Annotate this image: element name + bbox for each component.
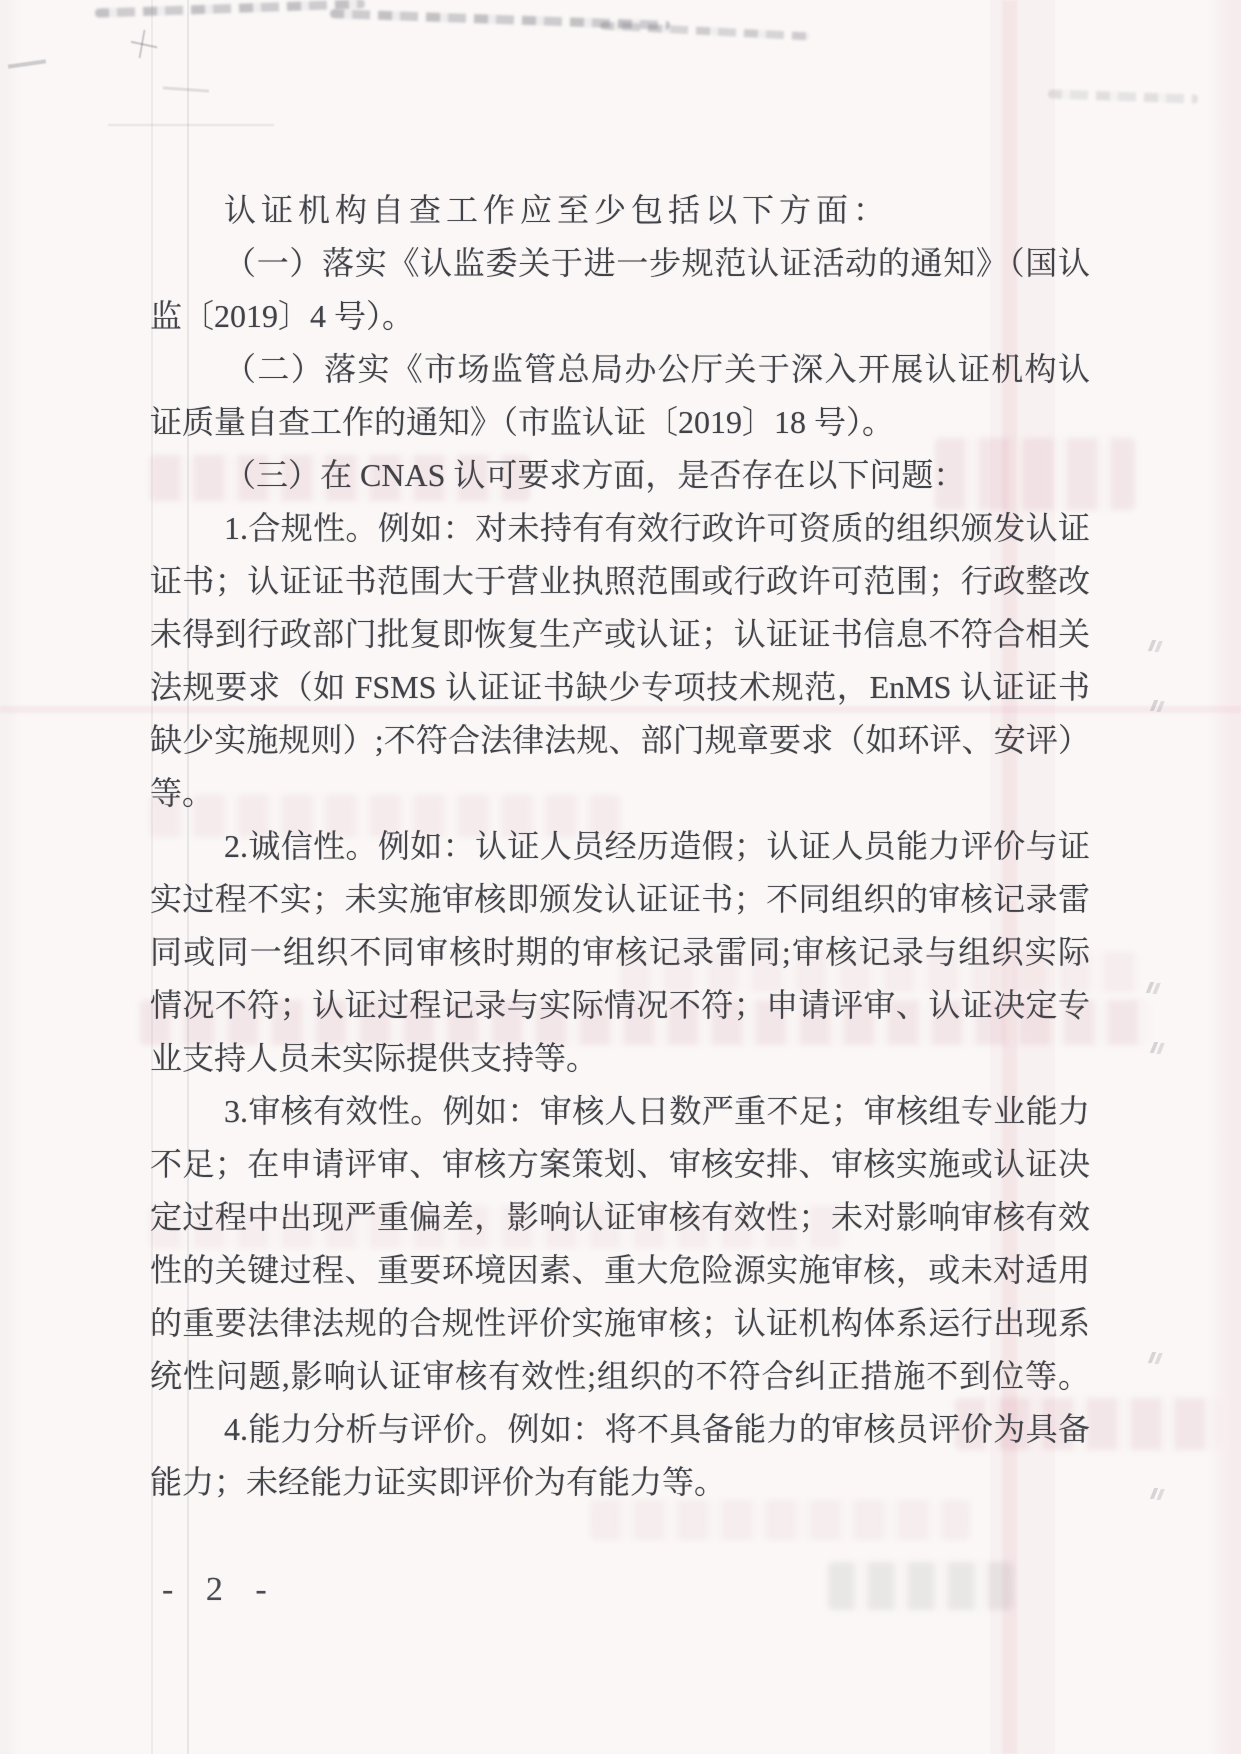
text-line: 等。: [150, 767, 1090, 820]
text-line: 证书；认证证书范围大于营业执照范围或行政许可范围；行政整改: [150, 555, 1090, 608]
text-line: 不足；在申请评审、审核方案策划、审核安排、审核实施或认证决: [150, 1138, 1090, 1191]
scan-smudge: [1048, 89, 1198, 103]
document-body: 认证机构自查工作应至少包括以下方面： （一）落实《认监委关于进一步规范认证活动的…: [150, 184, 1090, 1509]
text-line: 统性问题,影响认证审核有效性;组织的不符合纠正措施不到位等。: [150, 1350, 1090, 1403]
text-line: 定过程中出现严重偏差，影响认证审核有效性；未对影响审核有效: [150, 1191, 1090, 1244]
text-line: 同或同一组织不同审核时期的审核记录雷同;审核记录与组织实际: [150, 926, 1090, 979]
scan-smudge: [600, 22, 810, 41]
text-line: 2.诚信性。例如：认证人员经历造假；认证人员能力评价与证: [150, 820, 1090, 873]
scan-speck: [1148, 640, 1156, 651]
text-line: 1.合规性。例如：对未持有有效行政许可资质的组织颁发认证: [150, 502, 1090, 555]
text-line: 4.能力分析与评价。例如：将不具备能力的审核员评价为具备: [150, 1403, 1090, 1456]
text-line: （二）落实《市场监管总局办公厅关于深入开展认证机构认: [150, 343, 1090, 396]
bleedthrough-ghost: [828, 1562, 1013, 1610]
scan-smudge: [330, 9, 670, 30]
scan-mark: [163, 86, 209, 92]
page-number: - 2 -: [162, 1564, 279, 1616]
scan-speck: [1148, 1352, 1156, 1363]
scan-speck: [1150, 1488, 1158, 1499]
text-line: 的重要法律法规的合规性评价实施审核；认证机构体系运行出现系: [150, 1297, 1090, 1350]
text-line: 情况不符；认证过程记录与实际情况不符；申请评审、认证决定专: [150, 979, 1090, 1032]
scan-speck: [1146, 982, 1154, 993]
text-line: （三）在 CNAS 认可要求方面，是否存在以下问题：: [150, 449, 1090, 502]
scan-mark: [108, 124, 274, 126]
text-line: 证质量自查工作的通知》（市监认证〔2019〕18 号）。: [150, 396, 1090, 449]
text-line: 能力；未经能力证实即评价为有能力等。: [150, 1456, 1090, 1509]
scan-smudge: [95, 0, 365, 18]
scan-speck: [1150, 1042, 1158, 1053]
text-line: 认证机构自查工作应至少包括以下方面：: [150, 184, 1090, 237]
text-line: 实过程不实；未实施审核即颁发认证证书；不同组织的审核记录雷: [150, 873, 1090, 926]
scan-mark: [8, 59, 46, 68]
text-line: 未得到行政部门批复即恢复生产或认证；认证证书信息不符合相关: [150, 608, 1090, 661]
text-line: 缺少实施规则）;不符合法律法规、部门规章要求（如环评、安评）: [150, 714, 1090, 767]
scan-speck: [1150, 700, 1158, 711]
text-line: 性的关键过程、重要环境因素、重大危险源实施审核，或未对适用: [150, 1244, 1090, 1297]
text-line: 业支持人员未实际提供支持等。: [150, 1032, 1090, 1085]
scan-mark: [131, 30, 157, 58]
text-line: 法规要求（如 FSMS 认证证书缺少专项技术规范，EnMS 认证证书: [150, 661, 1090, 714]
text-line: 3.审核有效性。例如：审核人日数严重不足；审核组专业能力: [150, 1085, 1090, 1138]
scanned-document-page: 认证机构自查工作应至少包括以下方面： （一）落实《认监委关于进一步规范认证活动的…: [0, 0, 1241, 1754]
text-line: （一）落实《认监委关于进一步规范认证活动的通知》（国认: [150, 237, 1090, 290]
text-line: 监〔2019〕4 号）。: [150, 290, 1090, 343]
